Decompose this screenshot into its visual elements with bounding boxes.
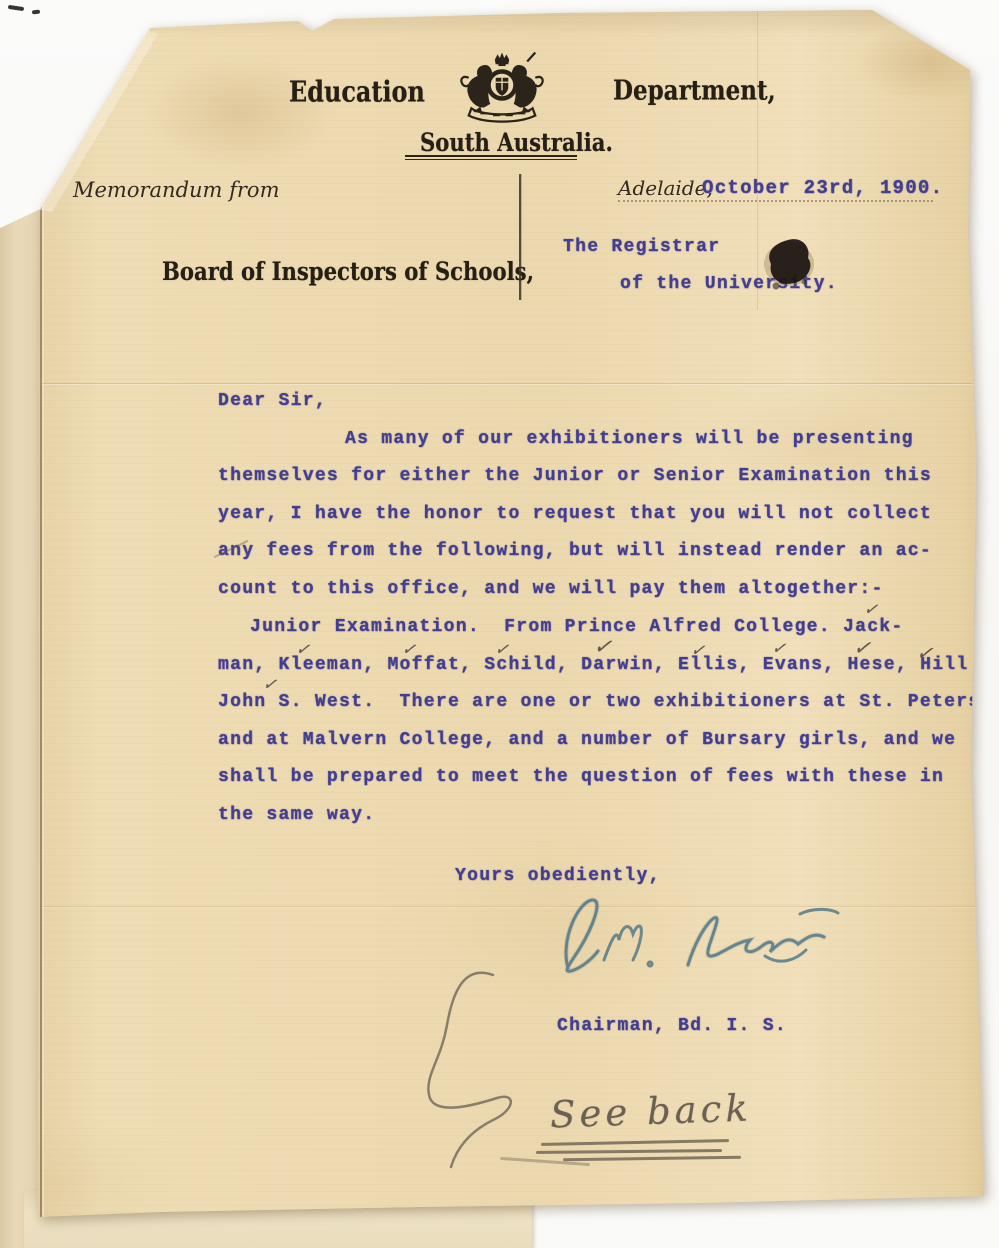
body-line: count to this office, and we will pay th… [218,579,884,599]
handwritten-signature [540,880,850,990]
letterhead-rule [405,155,577,157]
body-line: man, Kleeman✓, Moffat✓, Schild✓, Darwin✓… [218,655,969,675]
left-fold-line [40,205,42,1217]
letter-sheet-wrapper: Education Department, [0,0,999,1248]
vertical-crease [757,10,758,310]
body-line: and at Malvern College, and a number of … [218,730,956,750]
body-line: Junior Examination. From Prince Alfred C… [250,617,904,637]
recipient-line: The Registrar [563,237,720,257]
letterhead-rule [405,159,577,160]
body-line: As many of our exhibitioners will be pre… [345,429,914,449]
place-label: Adelaide, [618,176,713,200]
signer-role: Chairman, Bd. I. S. [557,1016,787,1036]
salutation: Dear Sir, [218,391,327,411]
letterhead-education-text: Education [289,76,425,109]
see-back-note: See back [549,1086,752,1136]
royal-coat-of-arms-icon [448,50,556,128]
body-line: John S. West.✓ There are one or two exhi… [218,692,980,712]
date-text: October 23rd, 1900. [702,177,943,199]
ink-blot [762,236,820,296]
pencil-swirl-mark [405,955,565,1180]
header-divider-line [519,174,521,300]
sender-name: Board of Inspectors of Schools, [162,257,534,287]
date-dotted-leader [618,200,933,202]
body-line: any fees from the following, but will in… [218,541,932,561]
body-line: year, I have the honor to request that y… [218,504,932,524]
scanned-letter: Education Department, [0,0,999,1248]
letterhead-department-text: Department, [613,74,776,106]
pencil-underline [536,1149,722,1154]
body-line: shall be prepared to meet the question o… [218,767,944,787]
letterhead-region-text: South Australia. [420,128,613,158]
pencil-underline [563,1156,741,1161]
pencil-underline [541,1139,729,1145]
body-line: the same way. [218,805,375,825]
horizontal-crease [42,383,972,384]
letter-sheet: Education Department, [0,0,999,1248]
body-line: themselves for either the Junior or Seni… [218,466,932,486]
